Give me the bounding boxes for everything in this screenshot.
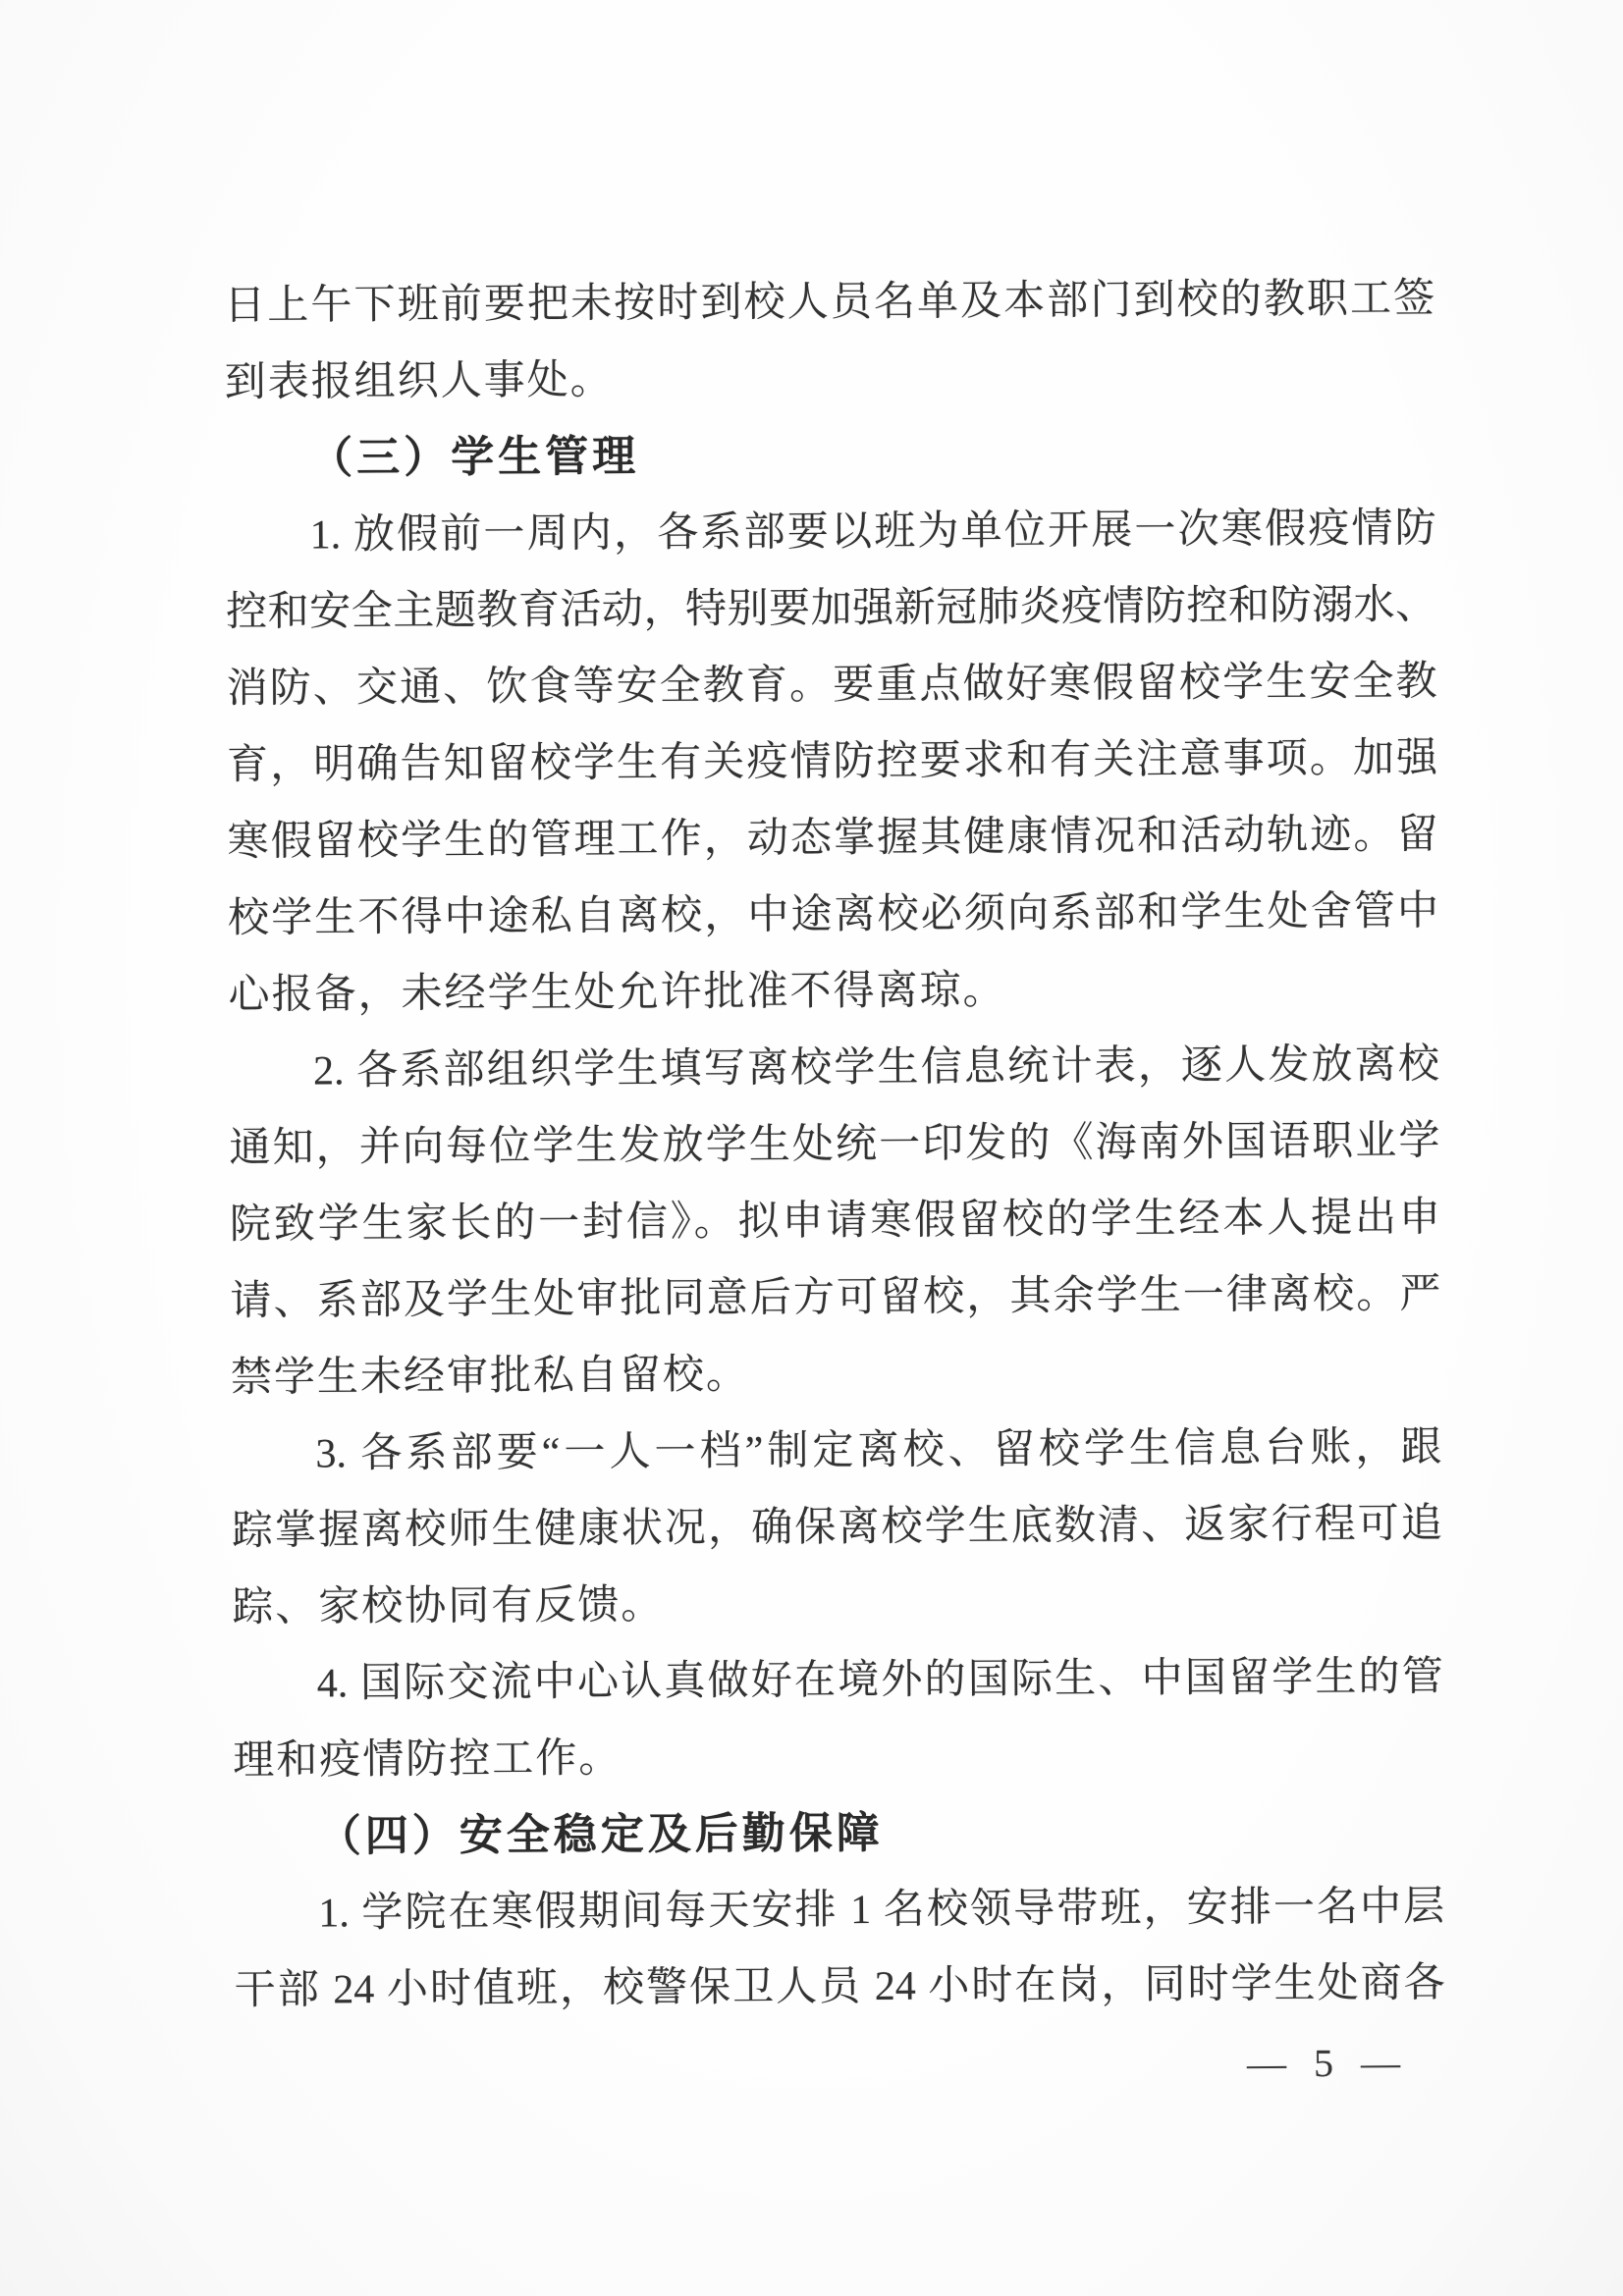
text-line: 禁学生未经审批私自留校。 [231, 1332, 1441, 1416]
text-line: 通知，并向每位学生发放学生处统一印发的《海南外国语职业学 [229, 1102, 1439, 1187]
text-line: 消防、交通、饮食等安全教育。要重点做好寒假留校学生安全教 [226, 643, 1436, 727]
text-line: 院致学生家长的一封信》。拟申请寒假留校的学生经本人提出申 [230, 1179, 1440, 1263]
text-line: 到表报组织人事处。 [224, 337, 1434, 421]
text-line: 4. 国际交流中心认真做好在境外的国际生、中国留学生的管 [233, 1638, 1443, 1723]
text-line: 1. 学院在寒假期间每天安排 1 名校领导带班，安排一名中层 [234, 1868, 1444, 1952]
section-heading-student-management: （三）学生管理 [225, 413, 1435, 498]
document-body: 日上午下班前要把未按时到校人员名单及本部门到校的教职工签 到表报组织人事处。 （… [224, 260, 1445, 2028]
text-line: 1. 放假前一周内，各系部要以班为单位开展一次寒假疫情防 [225, 490, 1435, 574]
scanned-document-page: 日上午下班前要把未按时到校人员名单及本部门到校的教职工签 到表报组织人事处。 （… [0, 0, 1623, 2296]
text-line: 请、系部及学生处审批同意后方可留校，其余学生一律离校。严 [230, 1255, 1440, 1340]
text-line: 理和疫情防控工作。 [233, 1715, 1443, 1799]
section-heading-safety-logistics: （四）安全稳定及后勤保障 [234, 1791, 1444, 1876]
text-line: 2. 各系部组织学生填写离校学生信息统计表，逐人发放离校 [229, 1026, 1439, 1110]
text-line: 育，明确告知留校学生有关疫情防控要求和有关注意事项。加强 [227, 720, 1437, 804]
text-line: 心报备，未经学生处允许批准不得离琼。 [228, 949, 1438, 1034]
text-line: 踪、家校协同有反馈。 [232, 1562, 1442, 1646]
text-line: 3. 各系部要“一人一档”制定离校、留校学生信息台账，跟 [231, 1409, 1441, 1493]
text-line: 校学生不得中途私自离校，中途离校必须向系部和学生处舍管中 [228, 873, 1438, 957]
text-line: 干部 24 小时值班，校警保卫人员 24 小时在岗，同时学生处商各 [234, 1945, 1444, 2029]
page-number: — 5 — [1247, 2033, 1409, 2093]
text-line: 寒假留校学生的管理工作，动态掌握其健康情况和活动轨迹。留 [227, 796, 1437, 881]
text-line: 控和安全主题教育活动，特别要加强新冠肺炎疫情防控和防溺水、 [226, 566, 1436, 651]
text-line: 踪掌握离校师生健康状况，确保离校学生底数清、返家行程可追 [232, 1485, 1442, 1570]
text-line: 日上午下班前要把未按时到校人员名单及本部门到校的教职工签 [224, 260, 1434, 345]
